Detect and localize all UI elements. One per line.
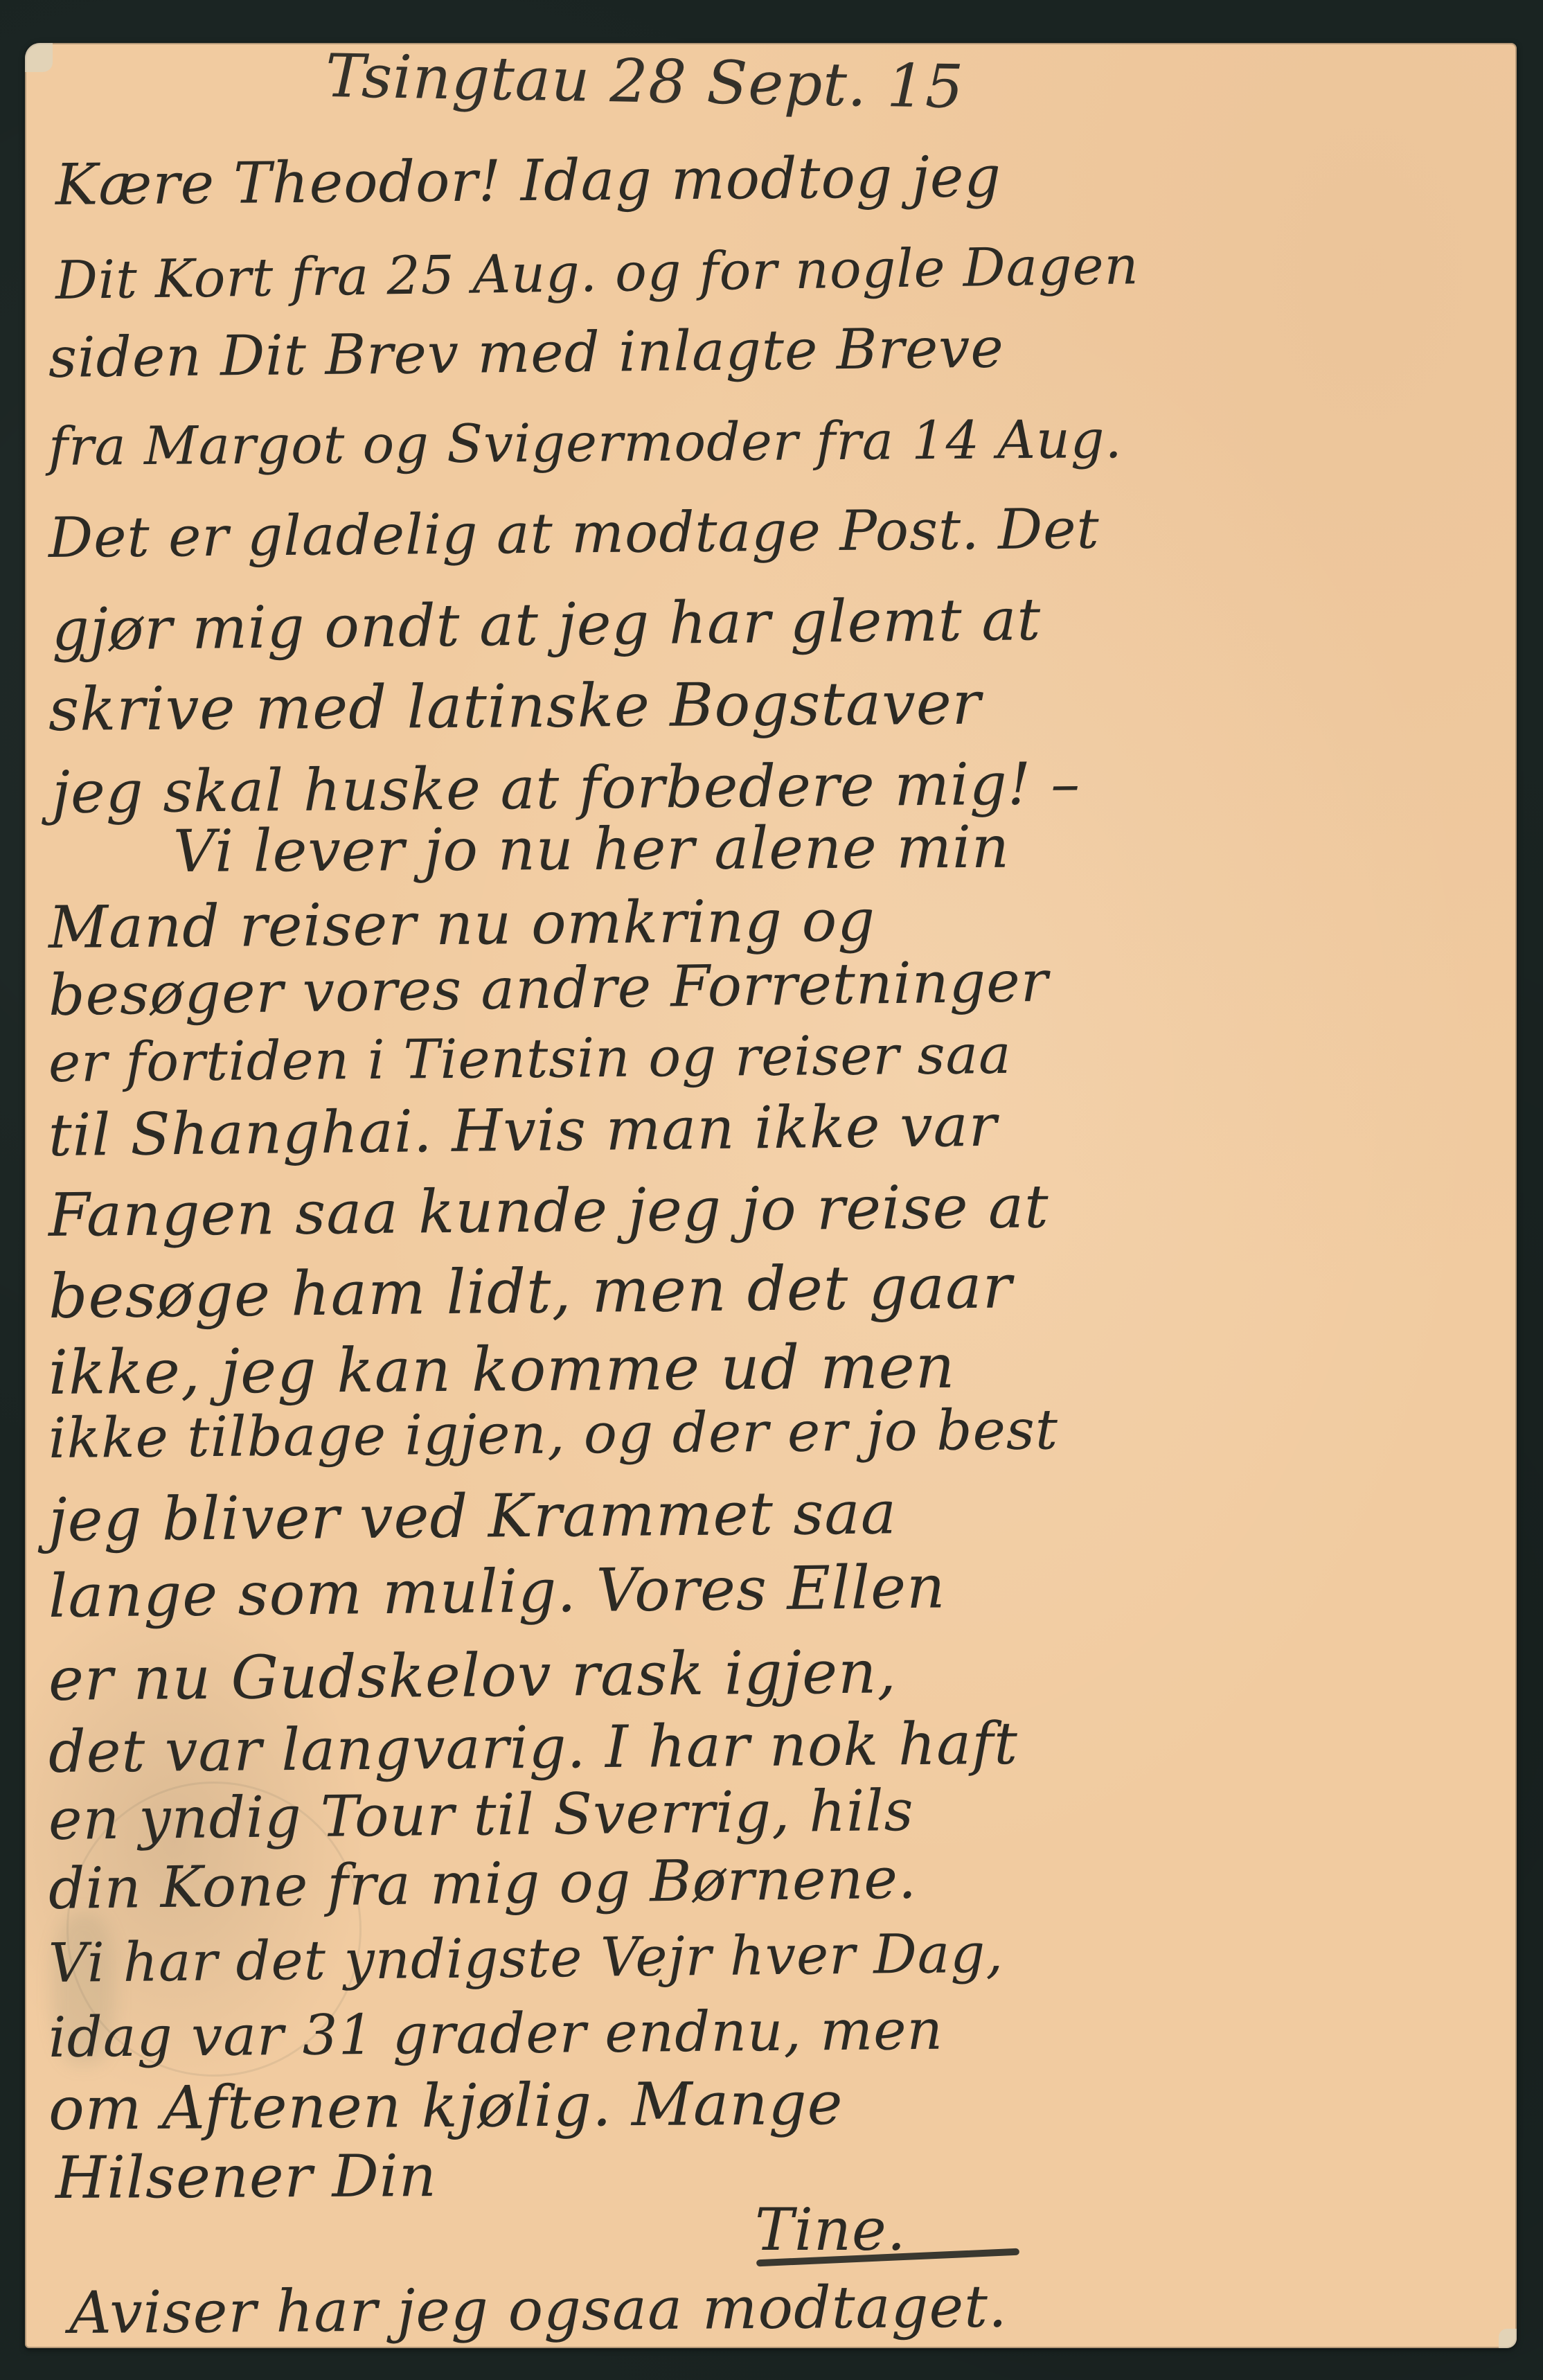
letter-line: er nu Gudskelov rask igjen, (48, 1637, 898, 1714)
corner-wear-top-left (25, 43, 53, 72)
letter-line: ikke, jeg kan komme ud men (48, 1331, 956, 1408)
letter-line: til Shanghai. Hvis man ikke var (48, 1092, 997, 1169)
letter-line: Det er gladelig at modtage Post. Det (48, 497, 1100, 570)
letter-line: det var langvarig. I har nok haft (48, 1709, 1019, 1786)
letter-line: din Kone fra mig og Børnene. (48, 1846, 917, 1922)
letter-line: lange som mulig. Vores Ellen (48, 1552, 945, 1631)
date-heading: Tsingtau 28 Sept. 15 (325, 42, 965, 122)
letter-line: Vi har det yndigste Vejr hver Dag, (48, 1923, 1004, 1995)
letter-line: Hilsener Din (55, 2142, 437, 2212)
letter-line: skrive med latinske Bogstaver (48, 669, 981, 745)
letter-line: idag var 31 grader endnu, men (48, 1998, 944, 2070)
letter-line: Vi lever jo nu her alene min (173, 813, 1010, 885)
letter-line: ikke tilbage igjen, og der er jo best (48, 1397, 1059, 1471)
letter-line: gjør mig ondt at jeg har glemt at (51, 585, 1041, 664)
letter-line: Fangen saa kunde jeg jo reise at (48, 1172, 1050, 1250)
letter-line: Kære Theodor! Idag modtog jeg (55, 144, 1002, 218)
letter-line: en yndig Tour til Sverrig, hils (48, 1778, 915, 1853)
letter-line: siden Dit Brev med inlagte Breve (48, 316, 1005, 390)
corner-wear-bottom-right (1499, 2329, 1517, 2348)
letter-line: fra Margot og Svigermoder fra 14 Aug. (48, 408, 1123, 477)
letter-line: jeg bliver ved Krammet saa (48, 1478, 898, 1555)
letter-line: besøge ham lidt, men det gaar (48, 1250, 1013, 1332)
letter-line: om Aftenen kjølig. Mange (48, 2069, 844, 2144)
letter-line: Mand reiser nu omkring og (48, 887, 876, 961)
letter-line: er fortiden i Tientsin og reiser saa (48, 1024, 1012, 1094)
postscript: Aviser har jeg ogsaa modtaget. (69, 2273, 1008, 2347)
letter-line: besøger vores andre Forretninger (48, 949, 1049, 1029)
